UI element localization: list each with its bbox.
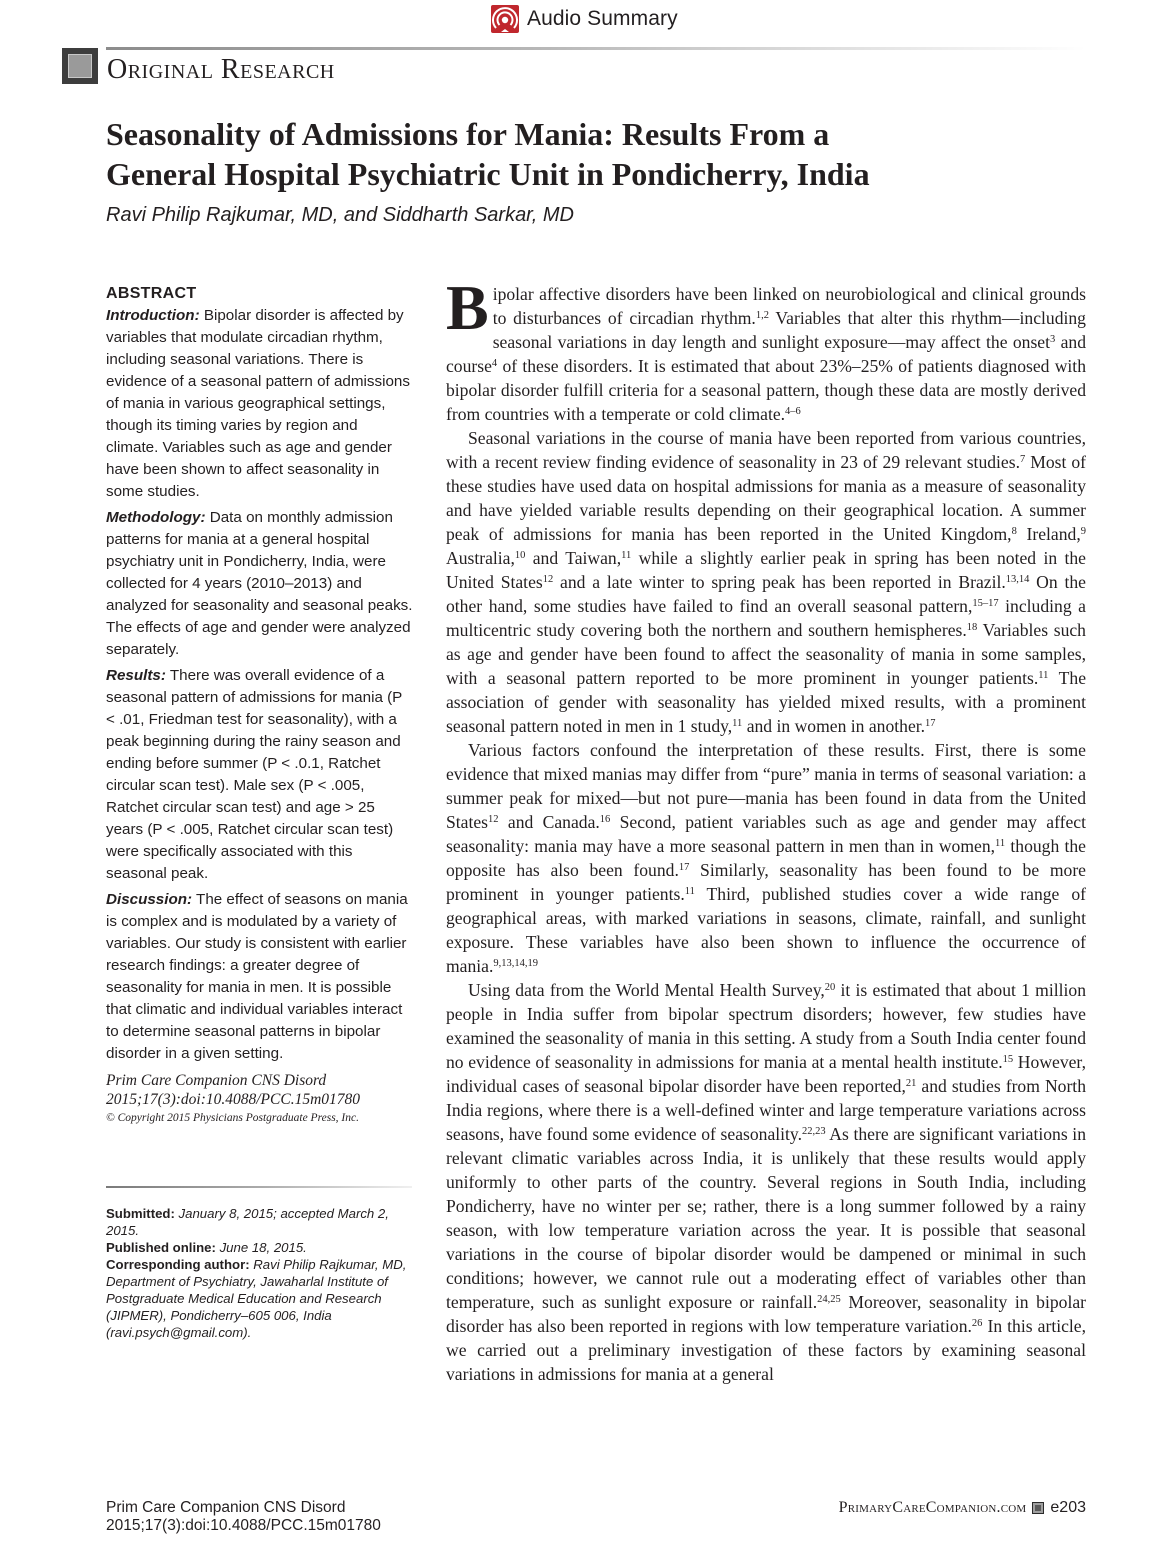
citation-ref[interactable]: 20 — [825, 982, 836, 993]
citation-ref[interactable]: 13,14 — [1006, 574, 1030, 585]
title-line-1: Seasonality of Admissions for Mania: Res… — [106, 114, 1006, 154]
citation-doi[interactable]: 2015;17(3):doi:10.4088/PCC.15m01780 — [106, 1090, 414, 1109]
abstract-section-text: Bipolar disorder is affected by variable… — [106, 307, 410, 500]
abstract-section-label: Introduction: — [106, 307, 200, 324]
abstract-methodology: Methodology: Data on monthly admission p… — [106, 507, 414, 661]
citation-ref[interactable]: 15 — [1003, 1054, 1014, 1065]
audio-summary-button[interactable]: Audio Summary — [491, 4, 678, 34]
footer-site-info: PrimaryCareCompanion.com e203 — [839, 1499, 1086, 1517]
citation-ref[interactable]: 7 — [1020, 454, 1025, 465]
audio-summary-label: Audio Summary — [527, 7, 678, 31]
citation-ref[interactable]: 11 — [1038, 670, 1048, 681]
abstract-discussion: Discussion: The effect of seasons on man… — [106, 889, 414, 1065]
abstract-citation: Prim Care Companion CNS Disord 2015;17(3… — [106, 1071, 414, 1109]
abstract-section-text: Data on monthly admission patterns for m… — [106, 509, 412, 658]
corresponding-author-info: Corresponding author: Ravi Philip Rajkum… — [106, 1256, 418, 1341]
section-label: Original Research — [107, 54, 335, 86]
abstract-heading: ABSTRACT — [106, 283, 414, 305]
abstract-section-text: There was overall evidence of a seasonal… — [106, 667, 402, 882]
citation-ref[interactable]: 11 — [732, 718, 742, 729]
abstract-section-text: The effect of seasons on mania is comple… — [106, 891, 408, 1062]
citation-ref[interactable]: 11 — [621, 550, 631, 561]
submitted-info: Submitted: January 8, 2015; accepted Mar… — [106, 1205, 418, 1239]
body-paragraph: Using data from the World Mental Health … — [446, 978, 1086, 1386]
body-paragraph: Bipolar affective disorders have been li… — [446, 282, 1086, 426]
abstract-divider — [106, 1186, 412, 1188]
section-marker-icon — [62, 48, 98, 84]
citation-ref[interactable]: 1,2 — [756, 310, 769, 321]
article-authors: Ravi Philip Rajkumar, MD, and Siddharth … — [106, 204, 574, 227]
footer-journal: Prim Care Companion CNS Disord — [106, 1499, 381, 1517]
footer-citation: Prim Care Companion CNS Disord 2015;17(3… — [106, 1499, 381, 1535]
page-number: e203 — [1050, 1499, 1086, 1517]
citation-ref[interactable]: 26 — [972, 1318, 983, 1329]
citation-ref[interactable]: 21 — [906, 1078, 917, 1089]
abstract-section-label: Discussion: — [106, 891, 192, 908]
abstract-section-label: Methodology: — [106, 509, 206, 526]
citation-ref[interactable]: 4 — [492, 358, 497, 369]
citation-ref[interactable]: 22,23 — [802, 1126, 826, 1137]
citation-ref[interactable]: 18 — [967, 622, 978, 633]
abstract-results: Results: There was overall evidence of a… — [106, 665, 414, 885]
citation-ref[interactable]: 9,13,14,19 — [493, 958, 538, 969]
citation-ref[interactable]: 3 — [1050, 334, 1055, 345]
body-paragraph: Various factors confound the interpretat… — [446, 738, 1086, 978]
footer-doi: 2015;17(3):doi:10.4088/PCC.15m01780 — [106, 1517, 381, 1535]
footer-site-link[interactable]: PrimaryCareCompanion.com — [839, 1499, 1027, 1517]
published-info: Published online: June 18, 2015. — [106, 1239, 418, 1256]
header-divider — [106, 47, 1086, 50]
citation-ref[interactable]: 15–17 — [972, 598, 998, 609]
citation-ref[interactable]: 24,25 — [817, 1294, 841, 1305]
audio-icon — [491, 5, 519, 33]
citation-ref[interactable]: 11 — [995, 838, 1005, 849]
submitted-label: Submitted: — [106, 1206, 175, 1221]
published-label: Published online: — [106, 1240, 216, 1255]
abstract: ABSTRACT Introduction: Bipolar disorder … — [106, 283, 414, 1127]
abstract-section-label: Results: — [106, 667, 166, 684]
title-line-2: General Hospital Psychiatric Unit in Pon… — [106, 154, 1006, 194]
citation-ref[interactable]: 9 — [1081, 526, 1086, 537]
article-body: Bipolar affective disorders have been li… — [446, 282, 1086, 1386]
citation-ref[interactable]: 17 — [679, 862, 690, 873]
citation-ref[interactable]: 12 — [488, 814, 499, 825]
citation-ref[interactable]: 16 — [600, 814, 611, 825]
article-metadata: Submitted: January 8, 2015; accepted Mar… — [106, 1205, 418, 1341]
published-text: June 18, 2015. — [216, 1240, 307, 1255]
citation-ref[interactable]: 10 — [515, 550, 526, 561]
citation-ref[interactable]: 17 — [925, 718, 936, 729]
copyright-notice: © Copyright 2015 Physicians Postgraduate… — [106, 1109, 414, 1127]
citation-ref[interactable]: 4–6 — [785, 406, 801, 417]
corresponding-label: Corresponding author: — [106, 1257, 250, 1272]
citation-ref[interactable]: 12 — [543, 574, 554, 585]
citation-journal: Prim Care Companion CNS Disord — [106, 1071, 414, 1090]
body-paragraph: Seasonal variations in the course of man… — [446, 426, 1086, 738]
article-title: Seasonality of Admissions for Mania: Res… — [106, 114, 1006, 194]
drop-cap: B — [446, 283, 489, 333]
square-bullet-icon — [1032, 1502, 1044, 1514]
citation-ref[interactable]: 11 — [685, 886, 695, 897]
abstract-introduction: Introduction: Bipolar disorder is affect… — [106, 305, 414, 503]
citation-ref[interactable]: 8 — [1012, 526, 1017, 537]
